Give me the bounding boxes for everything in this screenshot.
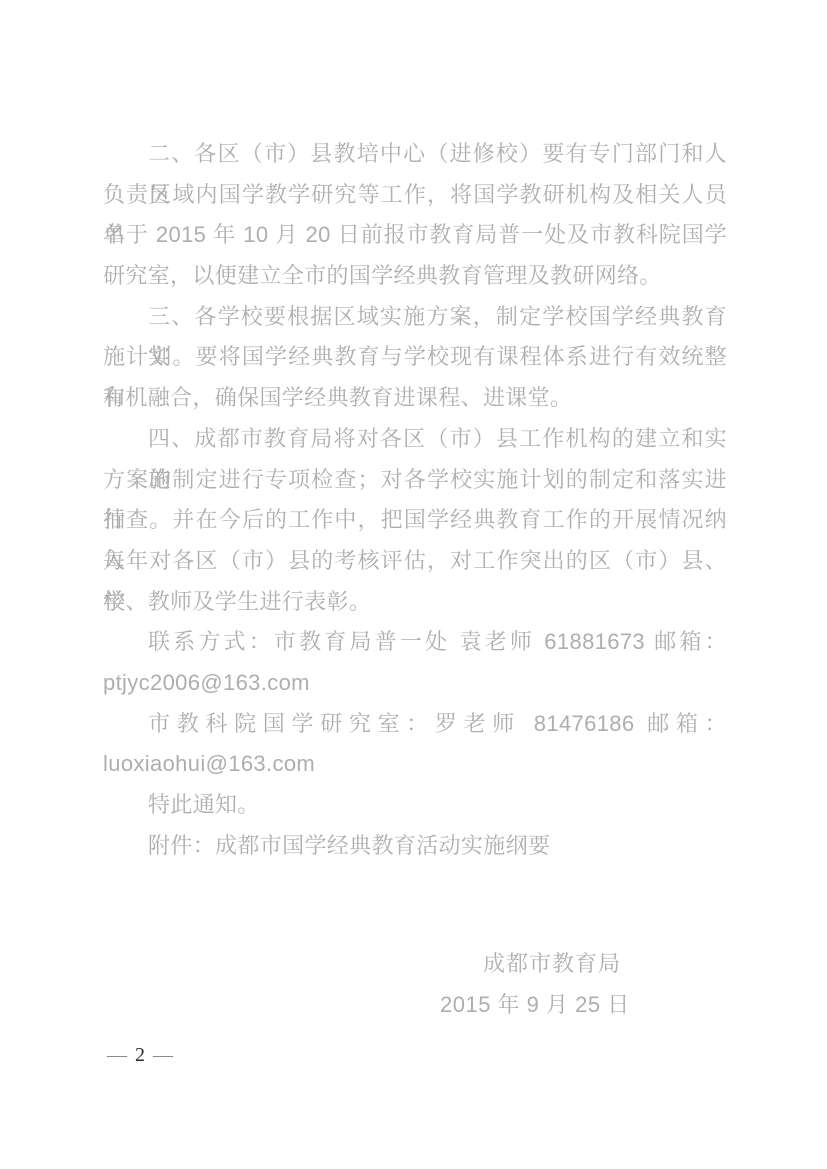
- page-number: —2—: [107, 1042, 173, 1068]
- section-4-line-3: 抽查。并在今后的工作中，把国学经典教育工作的开展情况纳入: [103, 500, 727, 541]
- section-4-line-5: 校、教师及学生进行表彰。: [103, 582, 727, 623]
- section-2-line-2: 负责区域内国学教学研究等工作，将国学教研机构及相关人员名: [103, 175, 727, 216]
- document-body: 二、各区（市）县教培中心（进修校）要有专门部门和人员负责区域内国学教学研究等工作…: [103, 134, 727, 866]
- closing-line: 特此通知。: [103, 785, 727, 826]
- page-number-dash-right: —: [153, 1044, 173, 1066]
- document-page: 二、各区（市）县教培中心（进修校）要有专门部门和人员负责区域内国学教学研究等工作…: [0, 0, 827, 1169]
- contact-line-2: 市教科院国学研究室：罗老师 81476186 邮箱：: [103, 704, 727, 745]
- section-4-line-4: 每年对各区（市）县的考核评估，对工作突出的区（市）县、学: [103, 541, 727, 582]
- contact-line-1: 联系方式：市教育局普一处 袁老师 61881673 邮箱：: [103, 622, 727, 663]
- attachment-line: 附件：成都市国学经典教育活动实施纲要: [103, 826, 727, 867]
- section-2-line-4: 研究室，以便建立全市的国学经典教育管理及教研网络。: [103, 256, 727, 297]
- section-4-line-1: 四、成都市教育局将对各区（市）县工作机构的建立和实施: [103, 419, 727, 460]
- section-4-line-2: 方案的制定进行专项检查；对各学校实施计划的制定和落实进行: [103, 460, 727, 501]
- signature-org: 成都市教育局: [483, 951, 621, 977]
- page-number-dash-left: —: [107, 1044, 127, 1066]
- section-2-line-1: 二、各区（市）县教培中心（进修校）要有专门部门和人员: [103, 134, 727, 175]
- contact-email-1: ptjyc2006@163.com: [103, 663, 727, 704]
- section-3-line-2: 施计划。要将国学经典教育与学校现有课程体系进行有效统整和: [103, 337, 727, 378]
- section-2-line-3: 单于 2015 年 10 月 20 日前报市教育局普一处及市教科院国学: [103, 215, 727, 256]
- signature-date: 2015 年 9 月 25 日: [440, 992, 630, 1018]
- page-number-value: 2: [135, 1044, 145, 1066]
- section-3-line-3: 有机融合，确保国学经典教育进课程、进课堂。: [103, 378, 727, 419]
- section-3-line-1: 三、各学校要根据区域实施方案，制定学校国学经典教育实: [103, 297, 727, 338]
- contact-email-2: luoxiaohui@163.com: [103, 744, 727, 785]
